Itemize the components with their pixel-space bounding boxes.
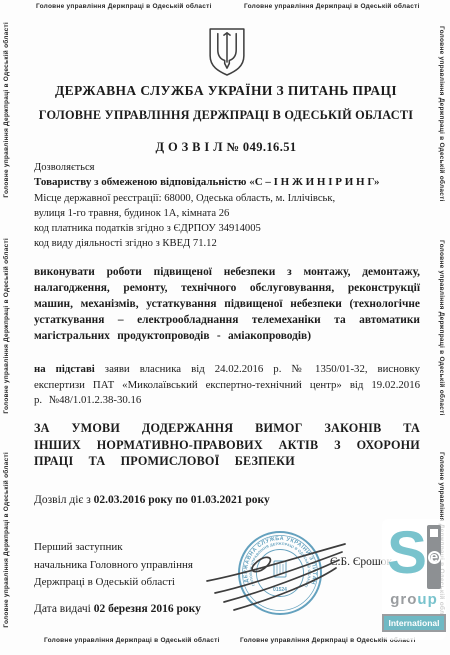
department-title: ГОЛОВНЕ УПРАВЛІННЯ ДЕРЖПРАЦІ В ОДЕСЬКІЙ … <box>34 108 418 123</box>
logo-word-gray: gro <box>390 591 417 608</box>
company-name: Товариству з обмеженою відповідальністю … <box>34 175 420 190</box>
logo-letter-e-bar: e <box>427 525 441 589</box>
logo-square-dot-icon <box>430 529 438 537</box>
issue-date-label: Дата видачі <box>34 603 94 615</box>
sie-group-logo: S e group International <box>382 519 446 640</box>
basis-label: на підставі <box>34 363 95 375</box>
tryzub-emblem-icon <box>204 26 250 78</box>
logo-banner-international: International <box>382 614 445 632</box>
condition-paragraph: ЗА УМОВИ ДОДЕРЖАННЯ ВИМОГ ЗАКОНІВ ТА ІНШ… <box>34 420 420 470</box>
granted-label: Дозволяється <box>34 160 420 175</box>
watermark-left-3: Головне управління Держпраці в Одеській … <box>3 452 10 628</box>
validity-line: Дозвіл діє з 02.03.2016 року по 01.03.20… <box>34 494 420 506</box>
grantee-block: Дозволяється Товариству з обмеженою відп… <box>34 160 420 252</box>
validity-dates: 02.03.2016 року по 01.03.2021 року <box>94 494 270 506</box>
permitted-works-paragraph: виконувати роботи підвищеної небезпеки з… <box>34 264 420 344</box>
watermark-left-1: Головне управління Держпраці в Одеській … <box>3 22 10 198</box>
watermark-right-2: Головне управління Держпраці в Одеській … <box>438 240 445 416</box>
watermark-left-2: Головне управління Держпраці в Одеській … <box>3 238 10 414</box>
validity-label: Дозвіл діє з <box>34 494 94 506</box>
activity-code-line: код виду діяльності згідно з КВЕД 71.12 <box>34 236 420 251</box>
permit-number-title: Д О З В І Л № 049.16.51 <box>34 140 418 155</box>
watermark-right-1: Головне управління Держпраці в Одеській … <box>438 26 445 202</box>
registration-line-2: вулиця 1-го травня, будинок 1А, кімната … <box>34 206 420 221</box>
handwritten-signature <box>203 535 353 617</box>
registration-line-1: Місце державної реєстрації: 68000, Одесь… <box>34 191 420 206</box>
permit-document-page: Головне управління Держпраці в Одеській … <box>0 0 450 655</box>
watermark-top-right: Головне управління Держпраці в Одеській … <box>244 3 420 10</box>
watermark-bottom-left: Головне управління Держпраці в Одеській … <box>44 637 220 644</box>
basis-paragraph: на підставі заяви власника від 24.02.201… <box>34 362 420 409</box>
logo-word-teal: up <box>417 591 437 608</box>
logo-word-group: group <box>390 591 438 608</box>
agency-title: ДЕРЖАВНА СЛУЖБА УКРАЇНИ З ПИТАНЬ ПРАЦІ <box>34 83 418 99</box>
tax-code-line: код платника податків згідно з ЄДРПОУ 34… <box>34 221 420 236</box>
issue-date-value: 02 березня 2016 року <box>94 603 201 615</box>
watermark-top-left: Головне управління Держпраці в Одеській … <box>36 3 212 10</box>
logo-letter-e: e <box>428 551 441 564</box>
logo-letter-s: S <box>387 523 425 583</box>
logo-letters: S e <box>387 523 441 589</box>
